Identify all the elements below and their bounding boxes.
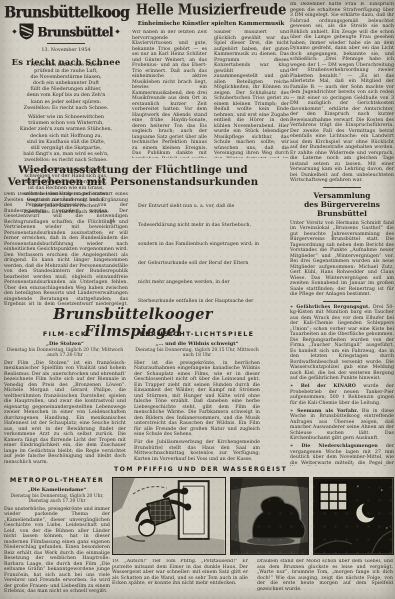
poem-line: zweifellos: es riecht nach Schnee. xyxy=(8,157,124,163)
masthead-divider xyxy=(47,43,85,44)
cinema-note: Für die Jubiläumswerbung der Kirchengeme… xyxy=(134,440,260,462)
news-lead: ∗ Die Niederschlagsmengen xyxy=(290,444,378,449)
film-title: „Die Kameliendame“ xyxy=(4,487,110,493)
article-headline: Helle Musizierfreude xyxy=(132,2,290,19)
news-lead: ∗ Seemann als Vorfahr. xyxy=(290,409,358,414)
article-column-1: Wir haben in der letzten Zeit hervorrage… xyxy=(132,30,207,158)
news-lead: ∗ Gefährliches Bergungsgut. xyxy=(290,305,370,310)
poem-line: Zweifellos: Es riecht nach Schnee. xyxy=(8,105,124,111)
comic-caption: 19. „Autsch!“ rief Tom Pfiffig. „Potztau… xyxy=(112,559,394,596)
masthead-title-line1: Brunsbüttelkoog xyxy=(4,4,128,22)
comic-panel-dark-creature-silhouette xyxy=(230,477,310,555)
film-review: Das unsterbliche, preisgekrönte und imme… xyxy=(4,507,110,595)
showtimes: Dienstag bis Donnerstag, täglich 20 Uhr,… xyxy=(4,348,126,358)
edition-date: 13. November 1954 xyxy=(4,47,128,53)
cinema-name: FERNSICHT-LICHTSPIELE xyxy=(134,330,260,338)
short-news-item: ∗ Gefährliches Bergungsgut. Drei 50-kg-K… xyxy=(290,305,394,382)
comic-caption-column-2: Draußen stand der Mond schon über dem Gi… xyxy=(257,559,393,596)
coat-of-arms-shield-icon xyxy=(19,23,34,40)
article-columns: Dem Deutschen Bundestag ist der Entwurf … xyxy=(4,192,262,306)
section-metropol-theater: METROPOL-THEATER „Die Kameliendame“ Dien… xyxy=(4,476,110,597)
cinema-name: METROPOL-THEATER xyxy=(4,476,110,484)
poem-stanza: Menschen heben ihre Nasen prüfend in die… xyxy=(8,62,124,111)
comic-panel-boy-tumbling-by-door xyxy=(112,477,226,555)
comic-title: TOM PFIFFIG UND DER WASSERGEIST xyxy=(114,466,394,473)
ornament-diamond-icon xyxy=(115,29,119,33)
masthead-title-line2: Brunsbüttel xyxy=(37,24,113,40)
poem-es-riecht-nach-schnee: Menschen heben ihre Nasen prüfend in die… xyxy=(8,62,124,162)
comic-panel-night-window-crescent-moon xyxy=(313,477,394,555)
article-column-2-text: Der Entwurf sieht nun u. a. vor, daß die… xyxy=(138,204,260,306)
film-review: Hier ist die preisgekrönte, in herrliche… xyxy=(134,361,260,438)
poem-line: Kinder zieh'n zum warmen Stübchen, xyxy=(8,126,124,132)
article-versammlung-body: Unter Vorsitz von Hermann Schmidt fand i… xyxy=(290,221,394,298)
film-review: Der Film „Die Stolzen“ ist ein französis… xyxy=(4,361,126,466)
comic-strip xyxy=(112,477,394,555)
section-divider xyxy=(323,301,361,302)
article-headline-line1: Wiederausstattung der Flüchtlinge und xyxy=(4,164,262,176)
film-title: „… und die Wildnis schweigt“ xyxy=(134,341,260,347)
article-column-2: Der Entwurf sieht nun u. a. vor, daß die… xyxy=(138,192,262,306)
newspaper-page: Brunsbüttelkoog Brunsbüttel 13. November… xyxy=(0,0,395,599)
news-text: Drei 50-kg-Kisten mit Munition barg ein … xyxy=(290,305,394,382)
article-columns: Wir haben in der letzten Zeit hervorrage… xyxy=(132,30,290,158)
poem-line: bald fängt's an, man wird es seh'n, xyxy=(8,151,124,157)
article-subhead: Einheimische Künstler spielten Kammermus… xyxy=(132,21,290,27)
masthead: Brunsbüttelkoog Brunsbüttel 13. November… xyxy=(4,5,128,67)
article-personenstand: Wiederausstattung der Flüchtlinge und Ve… xyxy=(4,164,262,306)
article-column-2: Sauber musiziert und glücklich gewählt w… xyxy=(214,30,289,158)
showtimes: Dienstag bis Donnerstag, täglich 20 Uhr,… xyxy=(4,494,110,504)
poem-stanza: Wälder wie im Schneewittchen träumen sch… xyxy=(8,114,124,163)
article-headline-versammlung-line1: Versammlung xyxy=(290,191,394,200)
cinema-name: FILM-ECK xyxy=(4,330,126,338)
section-film-eck: FILM-ECK „Die Stolzen“ Dienstag bis Donn… xyxy=(4,330,126,472)
short-news-item: ∗ Seemann als Vorfahr. Bis in diese Woch… xyxy=(290,409,394,442)
right-column: Im Dezember hatte Frau B. Einspruch gege… xyxy=(290,2,394,466)
ornament-diamond-icon xyxy=(13,29,17,33)
short-news-list: ∗ Gefährliches Bergungsgut. Drei 50-kg-K… xyxy=(290,305,394,466)
article-headline-versammlung-line2: des Bürgervereins Brunsbüttel xyxy=(290,200,394,219)
article-headline-line2: Vertriebenen mit Personenstandsurkunden xyxy=(4,176,262,188)
article-musizierfreude: Helle Musizierfreude Einheimische Künstl… xyxy=(132,0,290,158)
short-news-item: ∗ Die Niederschlagsmengen der vergangene… xyxy=(290,444,394,466)
short-news-item: ∗ Bei der KINARO wurde der Probebetrieb … xyxy=(290,384,394,406)
section-fernsicht-lichtspiele: FERNSICHT-LICHTSPIELE „… und die Wildnis… xyxy=(134,330,260,464)
article-column-1: Dem Deutschen Bundestag ist der Entwurf … xyxy=(4,192,128,306)
news-lead: ∗ Bei der KINARO xyxy=(290,384,356,389)
showtimes: Dienstag bis Donnerstag, täglich 20.15 U… xyxy=(134,348,260,358)
article-court-report: Im Dezember hatte Frau B. Einspruch gege… xyxy=(290,2,394,184)
masthead-title-row: Brunsbüttel xyxy=(4,23,128,40)
film-title: „Die Stolzen“ xyxy=(4,341,126,347)
comic-caption-column-1: 19. „Autsch!“ rief Tom Pfiffig. „Potztau… xyxy=(112,559,248,596)
section-divider xyxy=(323,187,361,188)
news-text: Bis in diese Woche in Brunsbüttelkoog ei… xyxy=(290,409,394,442)
